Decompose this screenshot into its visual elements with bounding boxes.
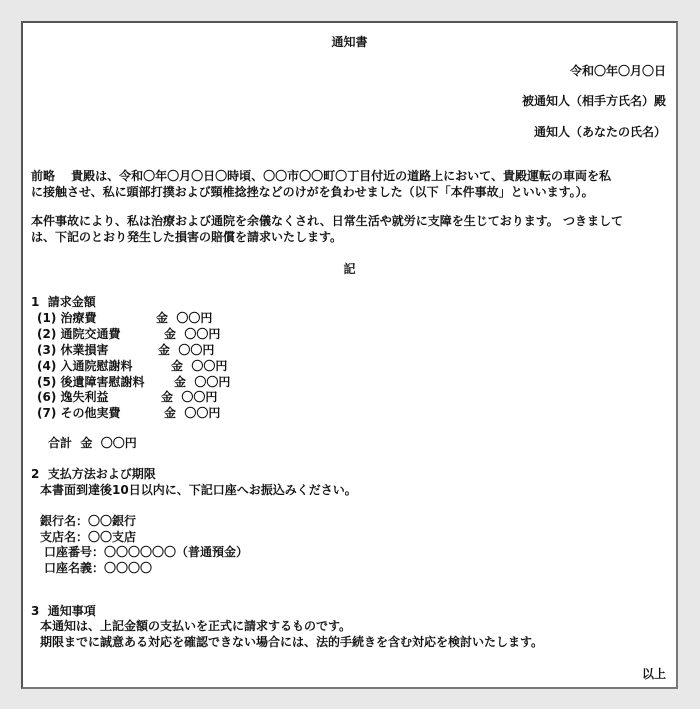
notice-document: 通知書 令和〇年〇月〇日 被通知人（相手方氏名）殿 通知人（あなたの氏名） 前略… bbox=[21, 21, 678, 689]
intro-paragraph-line-2: に接触させ、私に頭部打撲および頸椎捻挫などのけがを負わせました（以下「本件事故」… bbox=[31, 185, 594, 200]
section-2-heading: 2 支払方法および期限 bbox=[31, 467, 156, 482]
claim-item-label: (6) 逸失利益 bbox=[37, 390, 109, 405]
account-holder: 口座名義：〇〇〇〇 bbox=[44, 561, 152, 576]
claim-paragraph-line-2: は、下記のとおり発生した損害の賠償を請求いたします。 bbox=[31, 230, 342, 245]
sender-name: 通知人（あなたの氏名） bbox=[534, 125, 666, 140]
claim-item-amount: 金 〇〇円 bbox=[164, 327, 220, 342]
document-date: 令和〇年〇月〇日 bbox=[570, 64, 666, 79]
claim-item-label: (3) 休業損害 bbox=[37, 343, 109, 358]
claim-item-amount: 金 〇〇円 bbox=[156, 311, 212, 326]
recipient-name: 被通知人（相手方氏名）殿 bbox=[522, 94, 666, 109]
section-1-heading: 1 請求金額 bbox=[31, 295, 96, 310]
notice-line-1: 本通知は、上記金額の支払いを正式に請求するものです。 bbox=[40, 619, 351, 634]
payment-instruction: 本書面到達後10日以内に、下記口座へお振込みください。 bbox=[40, 483, 357, 498]
ki-heading: 記 bbox=[23, 262, 676, 277]
bank-name: 銀行名：〇〇銀行 bbox=[40, 514, 136, 529]
account-number: 口座番号：〇〇〇〇〇〇（普通預金） bbox=[44, 545, 248, 560]
claim-item-label: (2) 通院交通費 bbox=[37, 327, 121, 342]
claim-item-label: (7) その他実費 bbox=[37, 406, 121, 421]
claim-item-label: (1) 治療費 bbox=[37, 311, 97, 326]
claim-item-label: (4) 入通院慰謝料 bbox=[37, 359, 133, 374]
section-3-heading: 3 通知事項 bbox=[31, 604, 96, 619]
claim-total: 合計 金 〇〇円 bbox=[48, 436, 137, 451]
document-title: 通知書 bbox=[23, 35, 676, 50]
claim-item-amount: 金 〇〇円 bbox=[171, 359, 227, 374]
notice-line-2: 期限までに誠意ある対応を確認できない場合には、法的手続きを含む対応を検討いたしま… bbox=[40, 635, 543, 650]
claim-item-amount: 金 〇〇円 bbox=[161, 390, 217, 405]
closing-text: 以上 bbox=[642, 667, 666, 682]
claim-item-amount: 金 〇〇円 bbox=[158, 343, 214, 358]
claim-item-amount: 金 〇〇円 bbox=[174, 375, 230, 390]
claim-paragraph-line-1: 本件事故により、私は治療および通院を余儀なくされ、日常生活や就労に支障を生じてお… bbox=[31, 214, 623, 229]
claim-item-label: (5) 後遺障害慰謝料 bbox=[37, 375, 145, 390]
claim-item-amount: 金 〇〇円 bbox=[164, 406, 220, 421]
branch-name: 支店名：〇〇支店 bbox=[40, 530, 136, 545]
intro-paragraph-line-1: 前略 貴殿は、令和〇年〇月〇日〇時頃、〇〇市〇〇町〇丁目付近の道路上において、貴… bbox=[31, 169, 611, 184]
